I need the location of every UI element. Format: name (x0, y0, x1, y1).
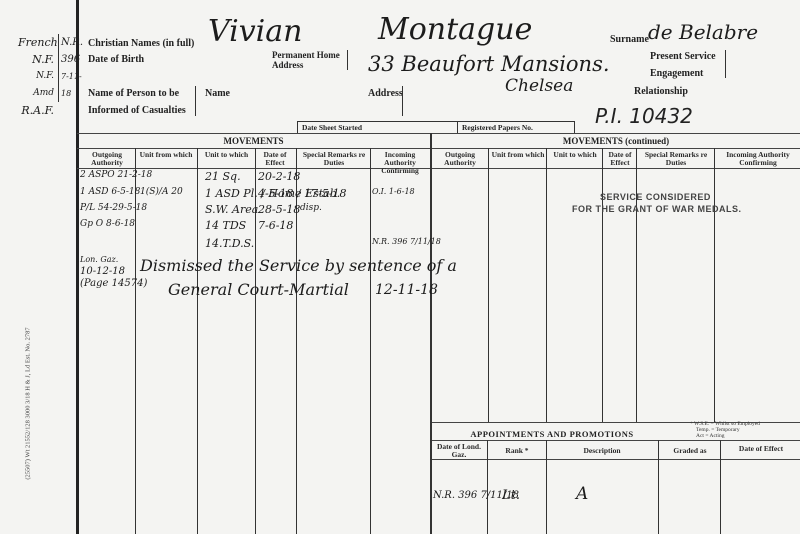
left-border (76, 0, 79, 534)
margin-bracket-note: 396 (61, 51, 83, 68)
movement-cell-unit-to: S.W. Area (205, 203, 258, 216)
col-description: Description (548, 447, 656, 455)
legend-line: Act = Acting (690, 433, 760, 439)
margin-bracket-note: N.R. (61, 34, 83, 51)
address-bracket (402, 86, 406, 116)
col-unit-to-cont: Unit to which (548, 151, 602, 159)
stamp-line-2: FOR THE GRANT OF WAR MEDALS. (572, 204, 742, 214)
movement-cell-incoming: N.R. 396 7/11/18 (372, 237, 441, 246)
appointments-column-divider (720, 440, 721, 534)
col-incoming-authority-cont: Incoming Authority Confirming (716, 151, 800, 167)
appointments-column-divider (658, 440, 659, 534)
margin-note: N.F. (18, 51, 54, 68)
movement-cell-outgoing: 1 ASD 6-5-18 (80, 187, 140, 197)
movement-cell-date: 28-5-18 (258, 203, 300, 216)
war-medals-stamp-2: FOR THE GRANT OF WAR MEDALS. (572, 204, 742, 214)
dismissal-date: 12-11-18 (375, 282, 438, 298)
relationship-label: Relationship (634, 86, 688, 97)
gazette-note: Lon. Gaz. 10-12-18 (Page 14574) (80, 254, 147, 290)
column-divider (546, 148, 547, 422)
col-outgoing-authority: Outgoing Authority (80, 151, 134, 167)
movement-cell-date: 4-5-18 / 17-5-18 (258, 187, 347, 200)
column-divider (370, 148, 371, 534)
col-lond-gaz: Date of Lond. Gaz. (433, 443, 485, 459)
table-top-line (77, 133, 800, 134)
war-medals-stamp: SERVICE CONSIDERED (598, 192, 711, 202)
margin-note: R.A.F. (18, 102, 54, 119)
header-divider (77, 148, 800, 149)
column-divider (636, 148, 637, 422)
column-header-bottom (77, 168, 800, 169)
middle-name-value: Montague (378, 12, 532, 47)
appt-rank: Lt. (502, 488, 520, 503)
col-graded-as: Graded as (660, 447, 720, 455)
margin-bracket-notes: N.R. 396 7-11-18 (58, 34, 83, 102)
christian-names-label: Christian Names (in full) (88, 38, 194, 49)
home-address-line2: Chelsea (505, 76, 573, 96)
christian-names-value: Vivian (208, 14, 302, 49)
appt-description: A (576, 484, 588, 504)
person-label-1: Name of Person to be (88, 88, 179, 99)
col-unit-from: Unit from which (137, 151, 195, 159)
movements-continued-title: MOVEMENTS (continued) (432, 136, 800, 146)
col-date-of-effect: Date of Effect (256, 151, 294, 167)
movement-cell-unit-to: 14.T.D.S. (205, 237, 254, 250)
printer-imprint: (25507) Wt 21552/128 3000 3/18 H & J, Ld… (25, 284, 32, 524)
col-outgoing-authority-cont: Outgoing Authority (433, 151, 487, 167)
movement-cell-outgoing: P/L 54-29-5-18 (80, 203, 147, 213)
registered-papers-label: Registered Papers No. (462, 123, 533, 132)
registered-papers-number: P.I. 10432 (595, 104, 693, 128)
present-service-label: Present Service (650, 51, 716, 62)
name-label: Name (205, 88, 230, 99)
movement-cell-date: 20-2-18 (258, 170, 300, 183)
surname-label: Surname (610, 34, 649, 45)
dob-label: Date of Birth (88, 54, 144, 65)
section-divider (430, 133, 432, 534)
margin-note: French (18, 34, 54, 51)
engagement-label: Engagement (650, 68, 703, 79)
address-label: Address (368, 88, 403, 99)
movement-cell-incoming: O.I. 1-6-18 (372, 187, 415, 196)
home-address-label: Permanent Home Address (272, 50, 348, 70)
movement-cell-date: 7-6-18 (258, 219, 293, 232)
surname-value: de Belabre (648, 20, 758, 44)
gazette-line: Lon. Gaz. (80, 254, 147, 266)
col-date-of-effect-appt: Date of Effect (722, 445, 800, 453)
movement-cell-outgoing: 2 ASPO 21-2-18 (80, 170, 152, 180)
home-address-label-text: Permanent Home Address (272, 50, 340, 70)
gazette-line: (Page 14574) (80, 278, 147, 290)
date-sheet-started-label: Date Sheet Started (302, 123, 362, 132)
dismissal-line-1: Dismissed the Service by sentence of a (140, 256, 457, 275)
movement-cell-unit-to: 21 Sq. (205, 170, 241, 183)
col-special-remarks: Special Remarks re Duties (298, 151, 370, 167)
column-divider (714, 148, 715, 422)
movement-cell-unit-from: 1(S)/A 20 (140, 187, 183, 197)
movements-title: MOVEMENTS (77, 136, 430, 146)
col-unit-to: Unit to which (199, 151, 254, 159)
margin-note: N.F. Amd (18, 68, 54, 102)
home-address-line1: 33 Beaufort Mansions. (368, 52, 610, 76)
column-divider (488, 148, 489, 422)
margin-bracket-note: 7-11-18 (61, 68, 83, 102)
col-unit-from-cont: Unit from which (490, 151, 546, 159)
column-divider (197, 148, 198, 534)
dismissal-line-2: General Court-Martial (168, 280, 349, 299)
registered-papers-box: Registered Papers No. (457, 121, 575, 133)
appointments-title: APPOINTMENTS AND PROMOTIONS (432, 429, 672, 439)
person-label-2: Informed of Casualties (88, 105, 186, 116)
col-special-remarks-cont: Special Remarks re Duties (638, 151, 714, 167)
col-rank: Rank * (490, 447, 544, 455)
gazette-line: 10-12-18 (80, 266, 147, 278)
col-incoming-authority: Incoming Authority Confirming (372, 151, 428, 175)
movement-cell-unit-to: 14 TDS (205, 219, 246, 232)
stamp-line-1: SERVICE CONSIDERED (598, 192, 711, 202)
registered-papers-value: P.I. 10432 (595, 104, 693, 128)
movement-cell-outgoing: Gp O 8-6-18 (80, 219, 135, 229)
date-sheet-box: Date Sheet Started (297, 121, 458, 133)
person-bracket (192, 86, 196, 116)
service-bracket (722, 50, 726, 78)
appointments-column-divider (487, 440, 488, 534)
column-divider (602, 148, 603, 422)
appointments-legend: * W.S.E. = Whilst so Employed Temp. = Te… (690, 421, 760, 439)
margin-notes: French N.F. N.F. Amd R.A.F. (18, 34, 54, 119)
imprint-text: (25507) Wt 21552/128 3000 3/18 H & J, Ld… (25, 327, 32, 479)
col-date-of-effect-cont: Date of Effect (604, 151, 636, 167)
movement-cell-remarks: disp. (300, 203, 322, 213)
appointments-column-divider (546, 440, 547, 534)
